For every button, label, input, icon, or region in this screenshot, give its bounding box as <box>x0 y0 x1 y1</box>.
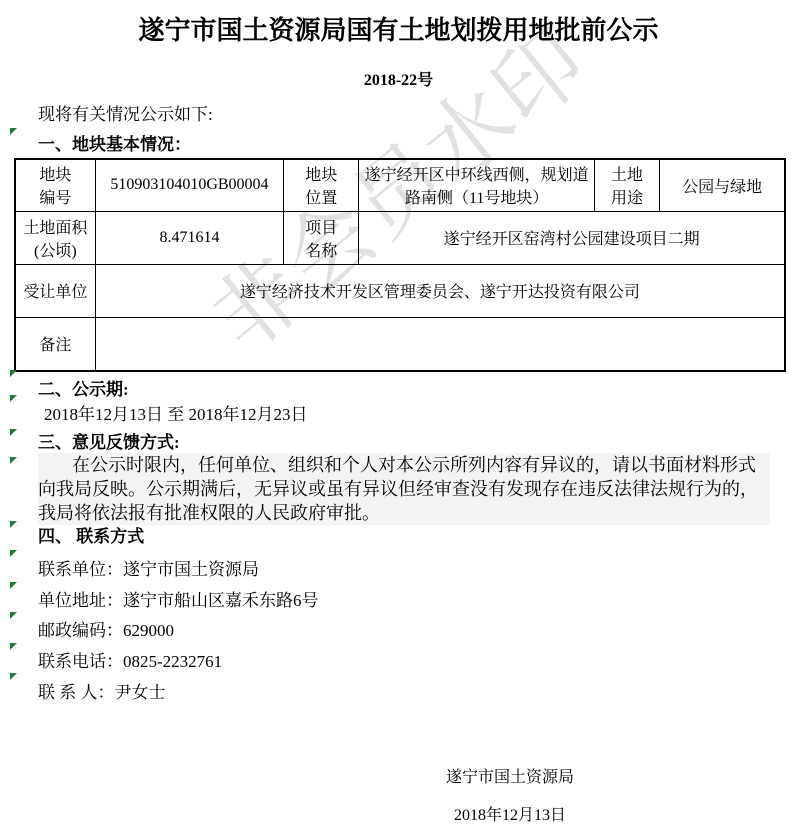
document-content: 遂宁市国土资源局国有土地划拨用地批前公示 2018-22号 现将有关情况公示如下… <box>0 0 797 828</box>
remarks-label: 备注 <box>15 317 95 371</box>
table-row: 受让单位 遂宁经济技术开发区管理委员会、遂宁开达投资有限公司 <box>15 264 785 317</box>
contact-phone-value: 0825-2232761 <box>123 652 222 671</box>
parcel-info-table: 地块 编号 510903104010GB00004 地块 位置 遂宁经开区中环线… <box>14 158 786 372</box>
contact-phone-label: 联系电话： <box>38 652 123 671</box>
land-use-value: 公园与绿地 <box>660 159 785 211</box>
remarks-value <box>95 317 785 371</box>
contact-org-label: 联系单位： <box>38 560 123 579</box>
contact-person-line: 联 系 人：尹女士 <box>38 678 166 703</box>
project-name-label: 项目 名称 <box>284 211 359 264</box>
contact-phone-line: 联系电话：0825-2232761 <box>38 647 222 672</box>
document-number: 2018-22号 <box>0 67 797 90</box>
parcel-id-label: 地块 编号 <box>15 159 95 211</box>
annotation-marker-icon <box>10 370 17 377</box>
contact-person-label: 联 系 人： <box>38 683 115 702</box>
annotation-marker-icon <box>10 550 17 557</box>
contact-address-value: 遂宁市船山区嘉禾东路6号 <box>123 591 319 610</box>
page-title: 遂宁市国土资源局国有土地划拨用地批前公示 <box>0 14 797 48</box>
contact-org-line: 联系单位：遂宁市国土资源局 <box>38 555 259 580</box>
parcel-id-value: 510903104010GB00004 <box>95 159 283 211</box>
table-row: 地块 编号 510903104010GB00004 地块 位置 遂宁经开区中环线… <box>15 159 785 211</box>
transferee-label: 受让单位 <box>15 264 95 317</box>
signature-date: 2018年12月13日 <box>380 802 640 825</box>
signature-block: 遂宁市国土资源局 2018年12月13日 <box>380 764 640 825</box>
table-row: 土地面积 (公顷) 8.471614 项目 名称 遂宁经开区窑湾村公园建设项目二… <box>15 211 785 264</box>
annotation-marker-icon <box>10 128 17 135</box>
transferee-value: 遂宁经济技术开发区管理委员会、遂宁开达投资有限公司 <box>95 264 785 317</box>
annotation-marker-icon <box>10 643 17 650</box>
parcel-location-value: 遂宁经开区中环线西侧，规划道路南侧（11号地块） <box>359 159 595 211</box>
feedback-paragraph: 在公示时限内，任何单位、组织和个人对本公示所列内容有异议的，请以书面材料形式向我… <box>38 453 770 525</box>
parcel-location-label: 地块 位置 <box>284 159 359 211</box>
intro-line: 现将有关情况公示如下: <box>38 104 213 126</box>
section1-heading: 一、地块基本情况： <box>38 134 191 156</box>
contact-postcode-value: 629000 <box>123 621 174 640</box>
contact-postcode-line: 邮政编码：629000 <box>38 616 174 641</box>
annotation-marker-icon <box>10 457 17 464</box>
annotation-marker-icon <box>10 582 17 589</box>
contact-address-line: 单位地址：遂宁市船山区嘉禾东路6号 <box>38 586 319 611</box>
project-name-value: 遂宁经开区窑湾村公园建设项目二期 <box>359 211 785 264</box>
land-use-label: 土地 用途 <box>594 159 659 211</box>
contact-postcode-label: 邮政编码： <box>38 621 123 640</box>
signature-org: 遂宁市国土资源局 <box>380 764 640 787</box>
land-area-label: 土地面积 (公顷) <box>15 211 95 264</box>
section4-heading: 四、 联系方式 <box>38 526 144 548</box>
contact-person-value: 尹女士 <box>115 683 166 702</box>
publicity-period: 2018年12月13日 至 2018年12月23日 <box>44 404 308 426</box>
contact-org-value: 遂宁市国土资源局 <box>123 560 259 579</box>
annotation-marker-icon <box>10 612 17 619</box>
contact-address-label: 单位地址： <box>38 591 123 610</box>
land-area-value: 8.471614 <box>95 211 283 264</box>
section2-heading: 二、公示期: <box>38 379 129 401</box>
notice-document-page: 非会员水印 遂宁市国土资源局国有土地划拨用地批前公示 2018-22号 现将有关… <box>0 0 797 828</box>
annotation-marker-icon <box>10 673 17 680</box>
table-row: 备注 <box>15 317 785 371</box>
annotation-marker-icon <box>10 521 17 528</box>
section3-heading: 三、意见反馈方式: <box>38 432 180 454</box>
annotation-marker-icon <box>10 429 17 436</box>
annotation-marker-icon <box>10 395 17 402</box>
